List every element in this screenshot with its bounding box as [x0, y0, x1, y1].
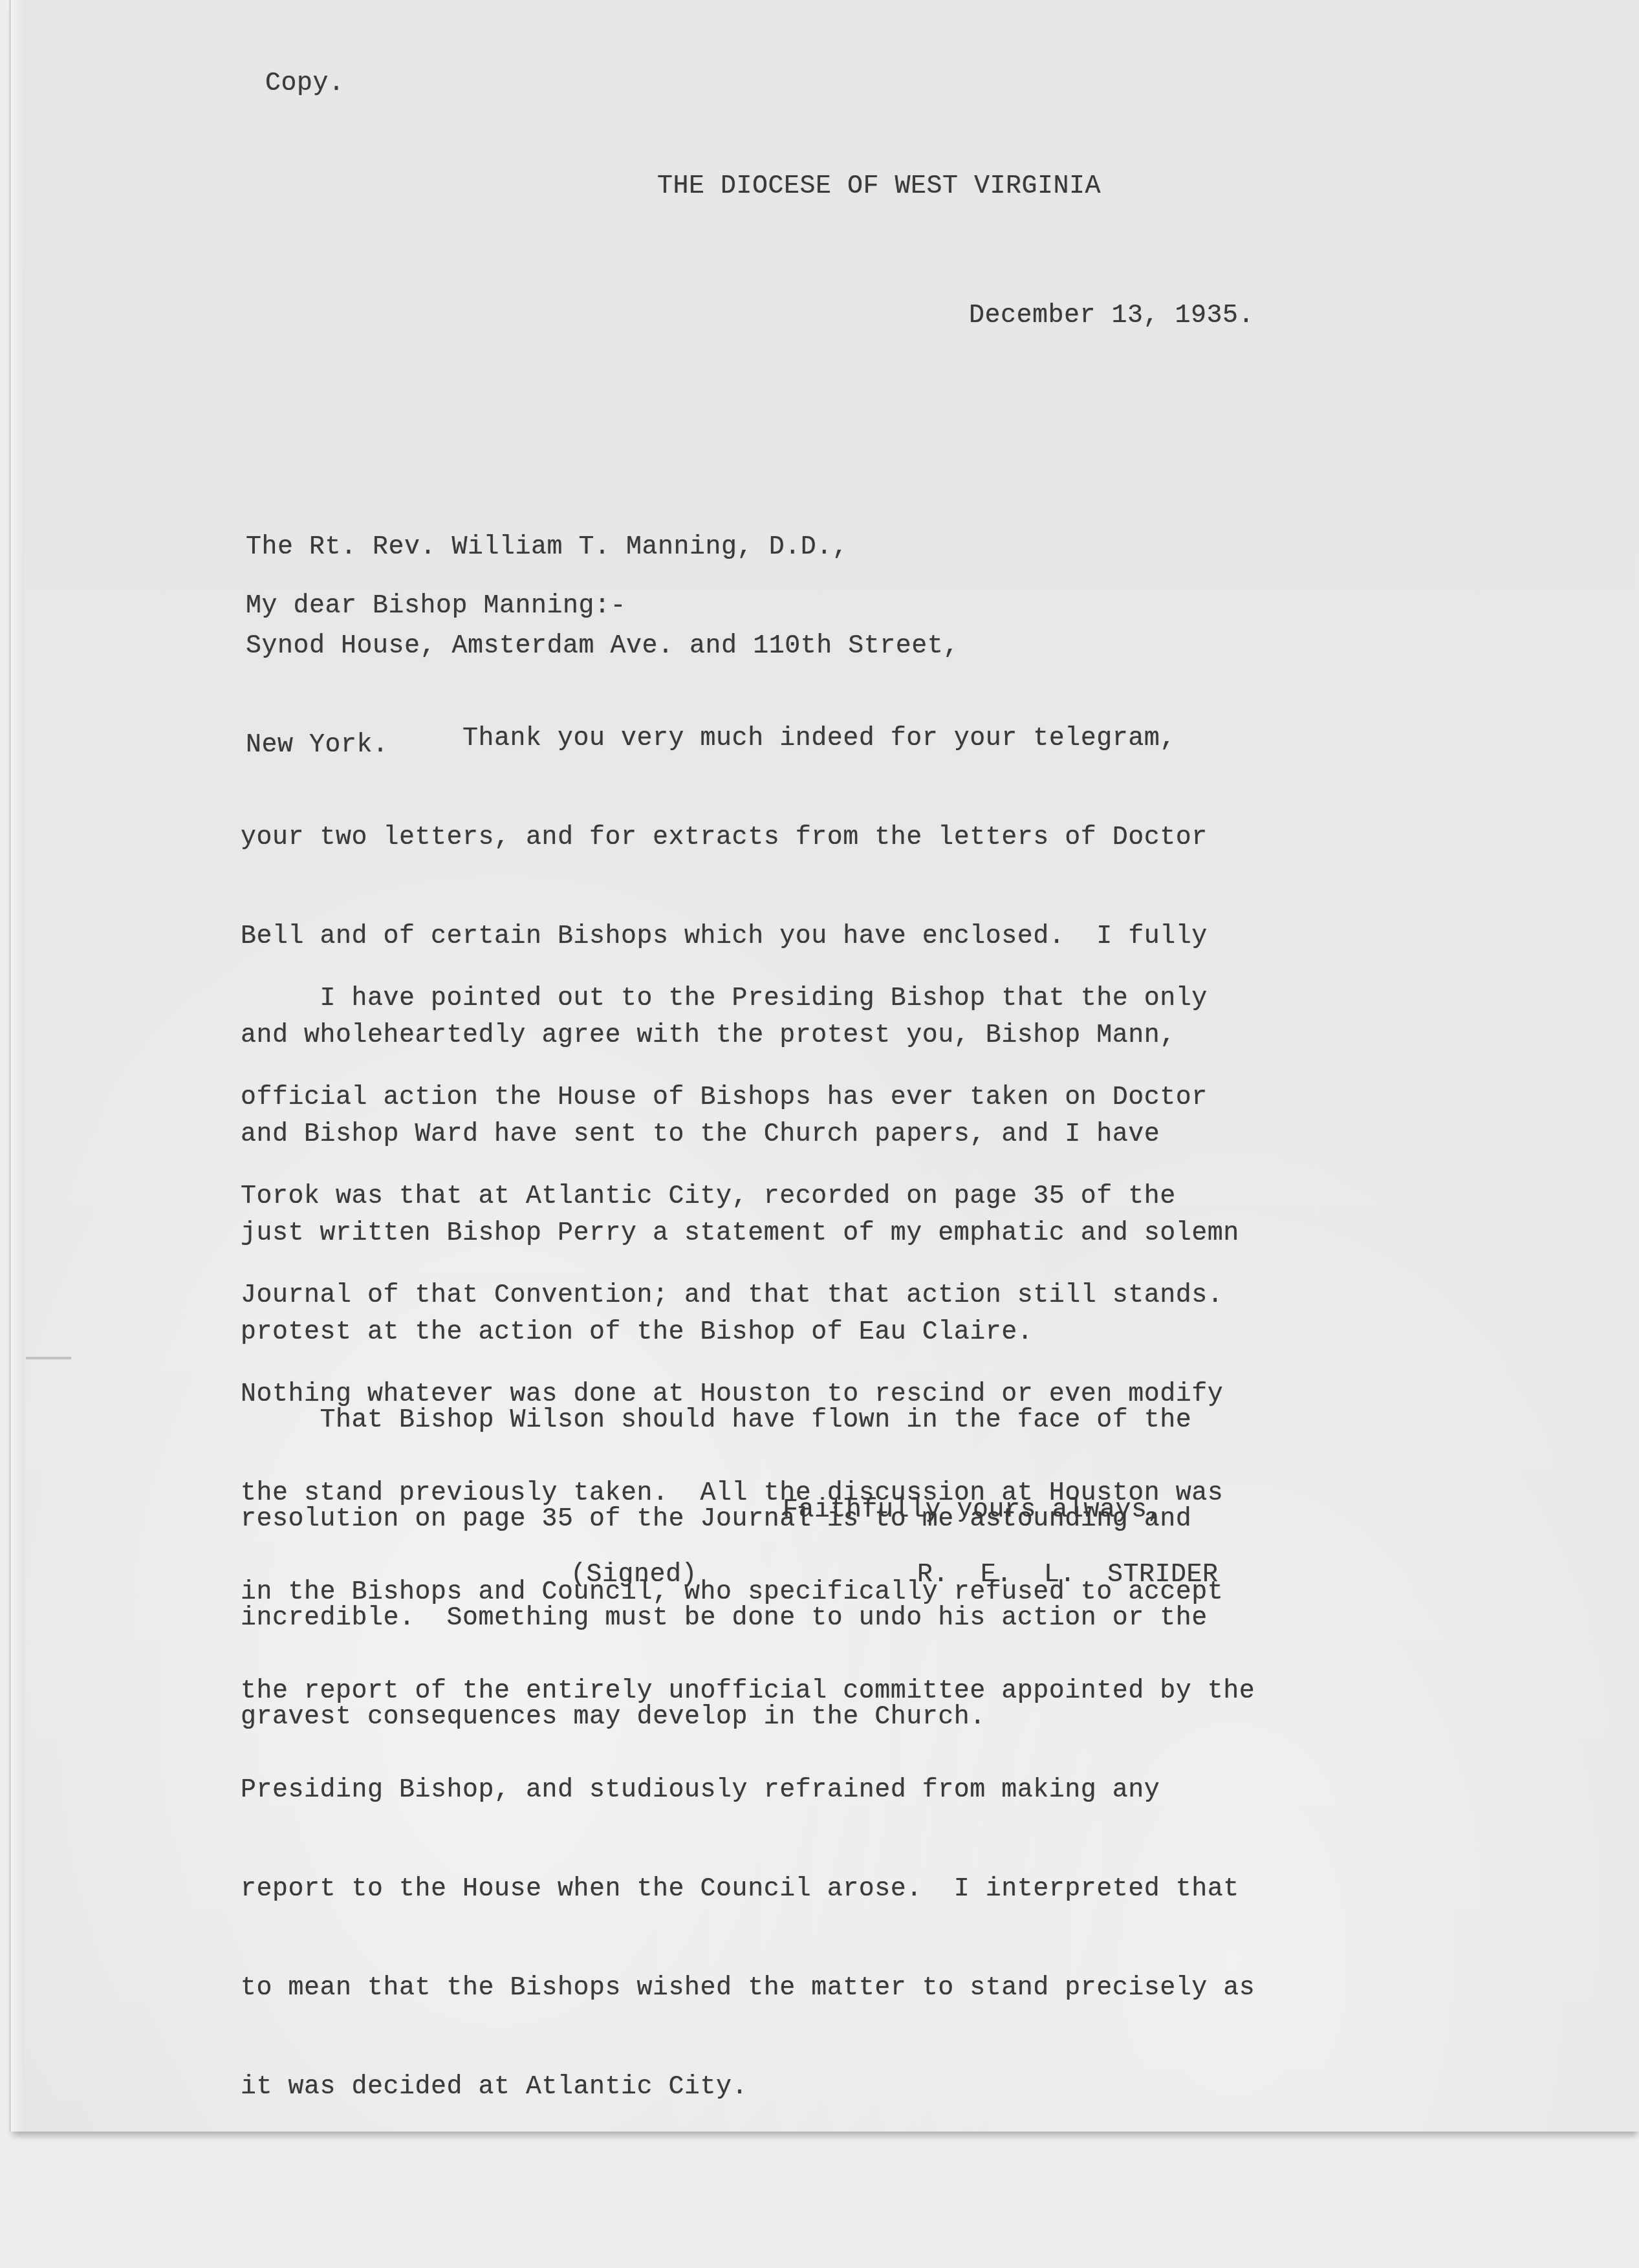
letterhead: THE DIOCESE OF WEST VIRGINIA: [657, 170, 1101, 203]
address-line: The Rt. Rev. William T. Manning, D.D.,: [246, 531, 959, 564]
signed-label: (Signed): [570, 1559, 697, 1592]
paragraph-line: Torok was that at Atlantic City, recorde…: [241, 1180, 1255, 1213]
paragraph-line: gravest consequences may develop in the …: [241, 1701, 1208, 1734]
paragraph-line: Journal of that Convention; and that tha…: [241, 1279, 1255, 1312]
salutation: My dear Bishop Manning:-: [246, 590, 626, 623]
paragraph-line: official action the House of Bishops has…: [241, 1081, 1255, 1114]
paragraph-line: That Bishop Wilson should have flown in …: [241, 1404, 1208, 1437]
copy-mark: Copy.: [265, 67, 345, 100]
paragraph-line: Thank you very much indeed for your tele…: [241, 722, 1239, 755]
paragraph-line: Presiding Bishop, and studiously refrain…: [241, 1774, 1255, 1807]
paragraph-line: report to the House when the Council aro…: [241, 1873, 1255, 1906]
paragraph-line: it was decided at Atlantic City.: [241, 2071, 1255, 2104]
paragraph-line: I have pointed out to the Presiding Bish…: [241, 982, 1255, 1015]
paragraph-line: incredible. Something must be done to un…: [241, 1602, 1208, 1635]
paper-edge-fold: [11, 0, 25, 2132]
complimentary-close: Faithfully yours always,: [783, 1494, 1163, 1527]
body-paragraph-3: That Bishop Wilson should have flown in …: [241, 1338, 1208, 1767]
letter-date: December 13, 1935.: [969, 299, 1254, 332]
signature-name: R. E. L. STRIDER: [917, 1559, 1219, 1592]
paragraph-line: to mean that the Bishops wished the matt…: [241, 1972, 1255, 2005]
margin-smudge: [26, 1357, 71, 1359]
paragraph-line: your two letters, and for extracts from …: [241, 821, 1239, 854]
